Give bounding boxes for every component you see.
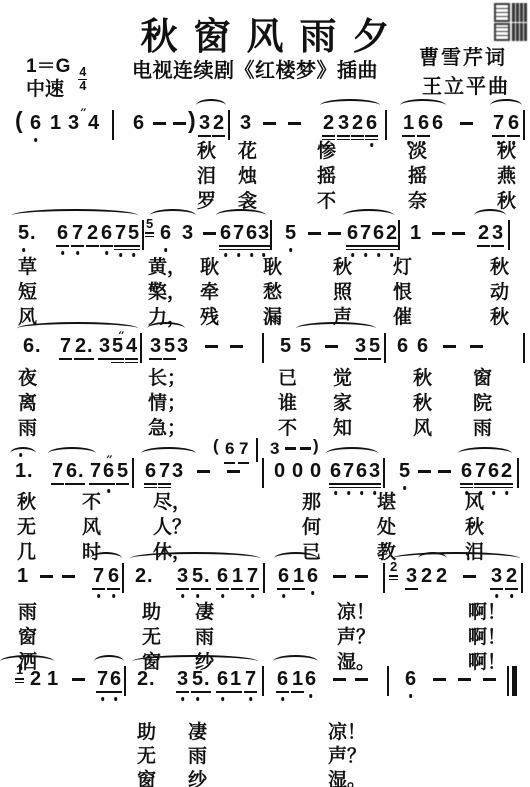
note-token: 7 <box>239 439 248 458</box>
lyric-syllable: 那 <box>302 492 321 513</box>
barline <box>383 563 385 593</box>
lyric-syllable: 不 <box>317 191 336 212</box>
octave-dot-below <box>289 248 293 252</box>
underline <box>96 691 109 693</box>
slur-arc <box>0 655 54 668</box>
note-token: 6 <box>101 222 112 244</box>
note-token: 3 <box>199 112 210 134</box>
note-token: 3 <box>182 222 193 244</box>
duration-dash <box>470 345 483 348</box>
octave-dot-below <box>107 489 111 493</box>
note-token: 2 <box>352 112 363 134</box>
underline <box>15 682 24 684</box>
underline <box>56 245 69 247</box>
underline <box>246 588 259 590</box>
note-token: 7 <box>97 668 108 690</box>
lyric-syllable: 牵 <box>200 282 219 303</box>
underline <box>216 588 229 590</box>
note-token: 5 <box>285 222 296 244</box>
note-token: 6 <box>488 460 499 482</box>
lyric-syllable: 急； <box>148 418 186 439</box>
barline <box>124 666 126 696</box>
underline <box>51 483 64 485</box>
underline <box>342 483 355 485</box>
lyric-syllable: 处 <box>377 517 396 538</box>
lyric-syllable: 秋 <box>413 368 432 389</box>
octave-dot-below <box>34 138 38 142</box>
duration-dash <box>328 232 341 235</box>
underline <box>77 483 85 485</box>
lyric-syllable: 秋 <box>197 141 216 162</box>
duration-dash <box>227 470 240 473</box>
lyric-syllable: 无 <box>142 627 161 648</box>
lyric-syllable: 人？ <box>153 517 191 538</box>
note-token: 2 <box>501 460 512 482</box>
underline <box>477 245 490 247</box>
octave-dot-below <box>409 694 413 698</box>
duration-dash <box>230 345 243 348</box>
underline <box>389 579 398 581</box>
slur-arc <box>141 447 196 460</box>
underline <box>460 483 473 485</box>
slur-arc <box>326 447 378 460</box>
underline <box>59 358 72 360</box>
underline <box>232 245 245 247</box>
lyric-syllable: 啊！ <box>468 627 506 648</box>
underline <box>71 245 84 247</box>
underline <box>487 487 500 489</box>
lyric-syllable: 助 <box>142 602 161 623</box>
slur-arc <box>274 552 318 565</box>
octave-dot-below <box>377 253 381 257</box>
final-barline <box>507 666 517 696</box>
barline <box>262 333 264 363</box>
duration-dash <box>288 122 301 125</box>
barline <box>517 458 519 488</box>
underline <box>116 483 129 485</box>
note-token: 6 <box>373 222 384 244</box>
underline <box>487 483 500 485</box>
octave-dot-below <box>360 491 364 495</box>
note-token: 6 <box>220 222 231 244</box>
duration-dash <box>483 678 496 681</box>
octave-dot-below <box>114 697 118 701</box>
lyric-syllable: 无 <box>17 517 36 538</box>
note-token: 6 <box>133 112 144 134</box>
octave-dot-below <box>370 143 374 147</box>
slur-arc <box>273 655 318 668</box>
note-token: 6 <box>417 335 428 357</box>
parenthesis: ( <box>213 436 219 455</box>
note-token: 7 <box>245 668 256 690</box>
underline <box>125 358 138 360</box>
note-token: 1 <box>17 565 28 587</box>
note-token: . <box>204 565 210 587</box>
underline <box>111 358 124 360</box>
octave-dot-below <box>196 697 200 701</box>
duration-dash <box>463 575 476 578</box>
underline <box>231 588 244 590</box>
octave-dot-below <box>97 594 101 598</box>
barline <box>523 333 525 363</box>
note-token: 2 <box>30 668 41 690</box>
underline <box>365 139 378 141</box>
parenthesis: ( <box>15 109 23 131</box>
note-token: 3 <box>406 565 417 587</box>
underline <box>346 249 359 251</box>
note-token: 6'' <box>103 460 114 482</box>
note-token: 6 <box>145 460 156 482</box>
lyric-syllable: 黄， <box>148 257 186 278</box>
lyric-syllable: 残 <box>200 307 219 328</box>
note-token: 6 <box>418 112 429 134</box>
lyric-syllable: 燕 <box>497 166 516 187</box>
ornament-tick: '' <box>99 449 116 471</box>
slur-arc <box>150 209 196 222</box>
lyric-syllable: 堪 <box>377 492 396 513</box>
lyric-syllable: 不 <box>82 492 101 513</box>
note-token: 2 <box>478 222 489 244</box>
octave-dot-below <box>251 594 255 598</box>
note-token: 1 <box>50 112 61 134</box>
octave-dot-below <box>101 697 105 701</box>
underline <box>385 249 398 251</box>
lyric-syllable: 漏 <box>263 307 282 328</box>
note-token: 6 <box>23 335 34 357</box>
octave-dot-below <box>61 251 65 255</box>
note-token: 6 <box>225 439 234 458</box>
lyric-syllable: 秋 <box>413 393 432 414</box>
underline <box>127 245 140 247</box>
underline <box>346 245 359 247</box>
note-token: 6 <box>278 565 289 587</box>
underline <box>219 249 232 251</box>
note-token: 6 <box>305 668 316 690</box>
underline <box>111 362 124 364</box>
seal-glyph <box>494 23 510 42</box>
barline <box>112 110 114 140</box>
octave-dot-below <box>311 591 315 595</box>
duration-dash <box>325 345 338 348</box>
note-token: 6 <box>307 565 318 587</box>
octave-dot-below <box>164 248 168 252</box>
barline <box>263 563 265 593</box>
duration-dash <box>62 575 75 578</box>
duration-dash <box>432 232 445 235</box>
duration-dash <box>355 678 368 681</box>
barline <box>228 110 230 140</box>
note-token: 2 <box>75 335 86 357</box>
lyric-syllable: 窗 <box>473 368 492 389</box>
lyric-syllable: 觉 <box>333 368 352 389</box>
lyric-syllable: 耿 <box>200 257 219 278</box>
note-token: . <box>204 668 210 690</box>
underline <box>229 691 242 693</box>
underline <box>359 249 372 251</box>
note-token: 3 <box>355 335 366 357</box>
octave-dot-below <box>112 594 116 598</box>
underline <box>368 358 381 360</box>
underline <box>158 483 171 485</box>
underline <box>329 483 342 485</box>
note-token: 5 <box>369 335 380 357</box>
duration-dash <box>203 232 216 235</box>
note-token: 3 <box>99 335 110 357</box>
underline <box>203 691 211 693</box>
duration-dash <box>285 447 296 450</box>
note-token: . <box>27 460 33 482</box>
lyric-syllable: 花 <box>238 141 257 162</box>
lyric-syllable: 夜 <box>18 368 37 389</box>
note-token: 3 <box>177 668 188 690</box>
barline <box>140 333 142 363</box>
note-token: 5 <box>280 335 291 357</box>
underline <box>163 358 176 360</box>
underline <box>102 483 115 485</box>
underline <box>216 691 229 693</box>
note-token: 3 <box>150 335 161 357</box>
octave-dot-below <box>221 697 225 701</box>
slur-arc <box>343 209 394 222</box>
octave-dot-below <box>373 491 377 495</box>
note-token: 6 <box>277 668 288 690</box>
lyric-syllable: 情； <box>148 393 186 414</box>
underline <box>158 487 171 489</box>
duration-dash <box>333 575 346 578</box>
note-token: 5 <box>128 222 139 244</box>
slur-arc <box>10 447 36 460</box>
lyric-syllable: 声？ <box>328 746 366 767</box>
underline <box>145 236 154 238</box>
underline <box>144 483 157 485</box>
underline <box>368 487 381 489</box>
barline <box>262 458 264 488</box>
note-token: 1 <box>16 663 23 677</box>
slur-arc <box>147 322 185 335</box>
underline <box>212 135 225 137</box>
note-token: 2 <box>506 565 517 587</box>
lyric-syllable: 无 <box>137 746 156 767</box>
lyric-syllable: 纱 <box>188 770 207 787</box>
lyric-syllable: 恨 <box>393 282 412 303</box>
underline <box>291 691 304 693</box>
note-token: 3 <box>270 439 279 458</box>
underline <box>500 483 513 485</box>
underline <box>145 232 154 234</box>
note-token: 5 <box>192 668 203 690</box>
underline <box>219 245 232 247</box>
octave-dot-below <box>249 697 253 701</box>
barline <box>384 333 386 363</box>
note-token: 2 <box>137 668 148 690</box>
note-token: 7 <box>93 565 104 587</box>
note-token: 2 <box>421 565 432 587</box>
note-token: 3 <box>258 222 269 244</box>
lyric-syllable: 助 <box>137 722 156 743</box>
slur-arc <box>132 655 258 668</box>
lyric-syllable: 照 <box>333 282 352 303</box>
lyric-syllable: 风 <box>413 418 432 439</box>
lyric-syllable: 秋 <box>490 307 509 328</box>
note-token: 6 <box>160 222 171 244</box>
time-signature: 44 <box>78 66 87 93</box>
lyric-syllable: 几 <box>17 542 36 563</box>
underline <box>257 249 270 251</box>
underline <box>365 135 378 137</box>
duration-dash <box>263 122 276 125</box>
octave-dot-below <box>132 253 136 257</box>
octave-dot-below <box>196 594 200 598</box>
note-token: 6 <box>217 668 228 690</box>
underline <box>114 249 127 251</box>
note-token: 1 <box>292 668 303 690</box>
duration-dash <box>72 678 85 681</box>
underline <box>500 487 513 489</box>
note-token: . <box>87 335 93 357</box>
underline <box>355 487 368 489</box>
lyric-syllable: 秋 <box>333 257 352 278</box>
octave-dot-below <box>250 253 254 257</box>
underline <box>355 483 368 485</box>
note-token: 3 <box>240 112 251 134</box>
underline <box>329 487 342 489</box>
underline <box>372 249 385 251</box>
slur-arc <box>392 552 520 565</box>
slur-arc <box>296 322 376 335</box>
underline <box>322 135 335 137</box>
underline <box>354 358 367 360</box>
underline <box>351 135 364 137</box>
note-token: 6 <box>397 335 408 357</box>
note-token: . <box>78 460 84 482</box>
underline <box>359 245 372 247</box>
octave-dot-below <box>505 491 509 495</box>
lyric-syllable: 湿。 <box>337 652 375 673</box>
note-token: 5 <box>300 335 311 357</box>
lyric-syllable: 灯 <box>393 257 412 278</box>
underline <box>125 362 138 364</box>
lyric-syllable: 谁 <box>278 393 297 414</box>
barline <box>521 563 523 593</box>
slur-arc <box>320 99 380 112</box>
lyric-syllable: 窗 <box>137 770 156 787</box>
note-token: 7 <box>493 112 504 134</box>
composer-credit: 王立平曲 <box>422 70 510 99</box>
note-token: 3 <box>369 460 380 482</box>
underline <box>342 487 355 489</box>
lyric-syllable: 雨 <box>195 627 214 648</box>
note-token: 6 <box>405 668 416 690</box>
note-token: 7 <box>60 335 71 357</box>
duration-dash <box>308 232 321 235</box>
tempo-marking: 中速 <box>26 74 64 101</box>
duration-dash <box>443 345 456 348</box>
lyric-syllable: 已 <box>278 368 297 389</box>
underline <box>149 358 162 360</box>
note-token: 7 <box>343 460 354 482</box>
note-token: 5 <box>164 335 175 357</box>
octave-dot-below <box>105 251 109 255</box>
duration-dash <box>452 232 465 235</box>
note-token: 2 <box>87 222 98 244</box>
note-token: 1 <box>403 112 414 134</box>
note-token: 3 <box>177 335 188 357</box>
slur-arc <box>12 209 138 222</box>
lyricist-credit: 曹雪芹词 <box>419 41 507 70</box>
note-token: 4'' <box>126 335 137 357</box>
underline <box>337 139 350 141</box>
lyric-syllable: 院 <box>473 393 492 414</box>
barline <box>262 666 264 696</box>
barline <box>122 563 124 593</box>
lyric-syllable: 秋 <box>465 517 484 538</box>
barline <box>508 220 510 250</box>
note-token: 2 <box>213 112 224 134</box>
slur-arc <box>130 552 260 565</box>
lyric-syllable: 风 <box>82 517 101 538</box>
underline <box>507 135 520 137</box>
note-token: 2 <box>323 112 334 134</box>
underline <box>491 245 504 247</box>
note-token: 2 <box>436 565 447 587</box>
slur-arc <box>490 99 522 112</box>
octave-dot-below <box>119 253 123 257</box>
subtitle: 电视连续剧《红楼梦》插曲 <box>132 54 378 83</box>
note-token: 3 <box>492 222 503 244</box>
note-token: 2 <box>386 222 397 244</box>
underline <box>86 245 99 247</box>
note-token: 6 <box>246 222 257 244</box>
note-token: 7 <box>72 222 83 244</box>
octave-dot-below <box>221 594 225 598</box>
lyric-syllable: 啊！ <box>468 602 506 623</box>
slur-arc <box>196 99 226 112</box>
lyric-syllable: 草 <box>18 257 37 278</box>
lyric-syllable: 离 <box>18 393 37 414</box>
underline <box>238 462 249 464</box>
duration-dash <box>197 470 210 473</box>
note-token: 6 <box>110 668 121 690</box>
note-token: 7 <box>52 460 63 482</box>
lyric-syllable: 淡 <box>408 141 427 162</box>
underline <box>100 245 113 247</box>
note-token: 7 <box>90 460 101 482</box>
barline <box>256 438 258 462</box>
octave-dot-below <box>181 594 185 598</box>
note-token: 3 <box>338 112 349 134</box>
note-token: 6 <box>57 222 68 244</box>
underline <box>337 135 350 137</box>
lyric-syllable: 凄 <box>188 722 207 743</box>
parenthesis: ) <box>313 436 319 455</box>
note-token: 6 <box>30 112 41 134</box>
lyric-syllable: 雨 <box>18 602 37 623</box>
underline <box>127 249 140 251</box>
note-token: 1 <box>230 668 241 690</box>
underline <box>98 358 111 360</box>
note-token: 7 <box>475 460 486 482</box>
note-token: 3 <box>177 565 188 587</box>
note-token: 5 <box>18 222 29 244</box>
lyric-syllable: 窗 <box>18 627 37 648</box>
lyric-syllable: 凉！ <box>328 722 366 743</box>
underline <box>232 249 245 251</box>
underline <box>276 691 289 693</box>
octave-dot-below <box>22 248 26 252</box>
note-token: . <box>30 222 36 244</box>
slur-arc <box>458 447 512 460</box>
underline <box>405 588 418 590</box>
